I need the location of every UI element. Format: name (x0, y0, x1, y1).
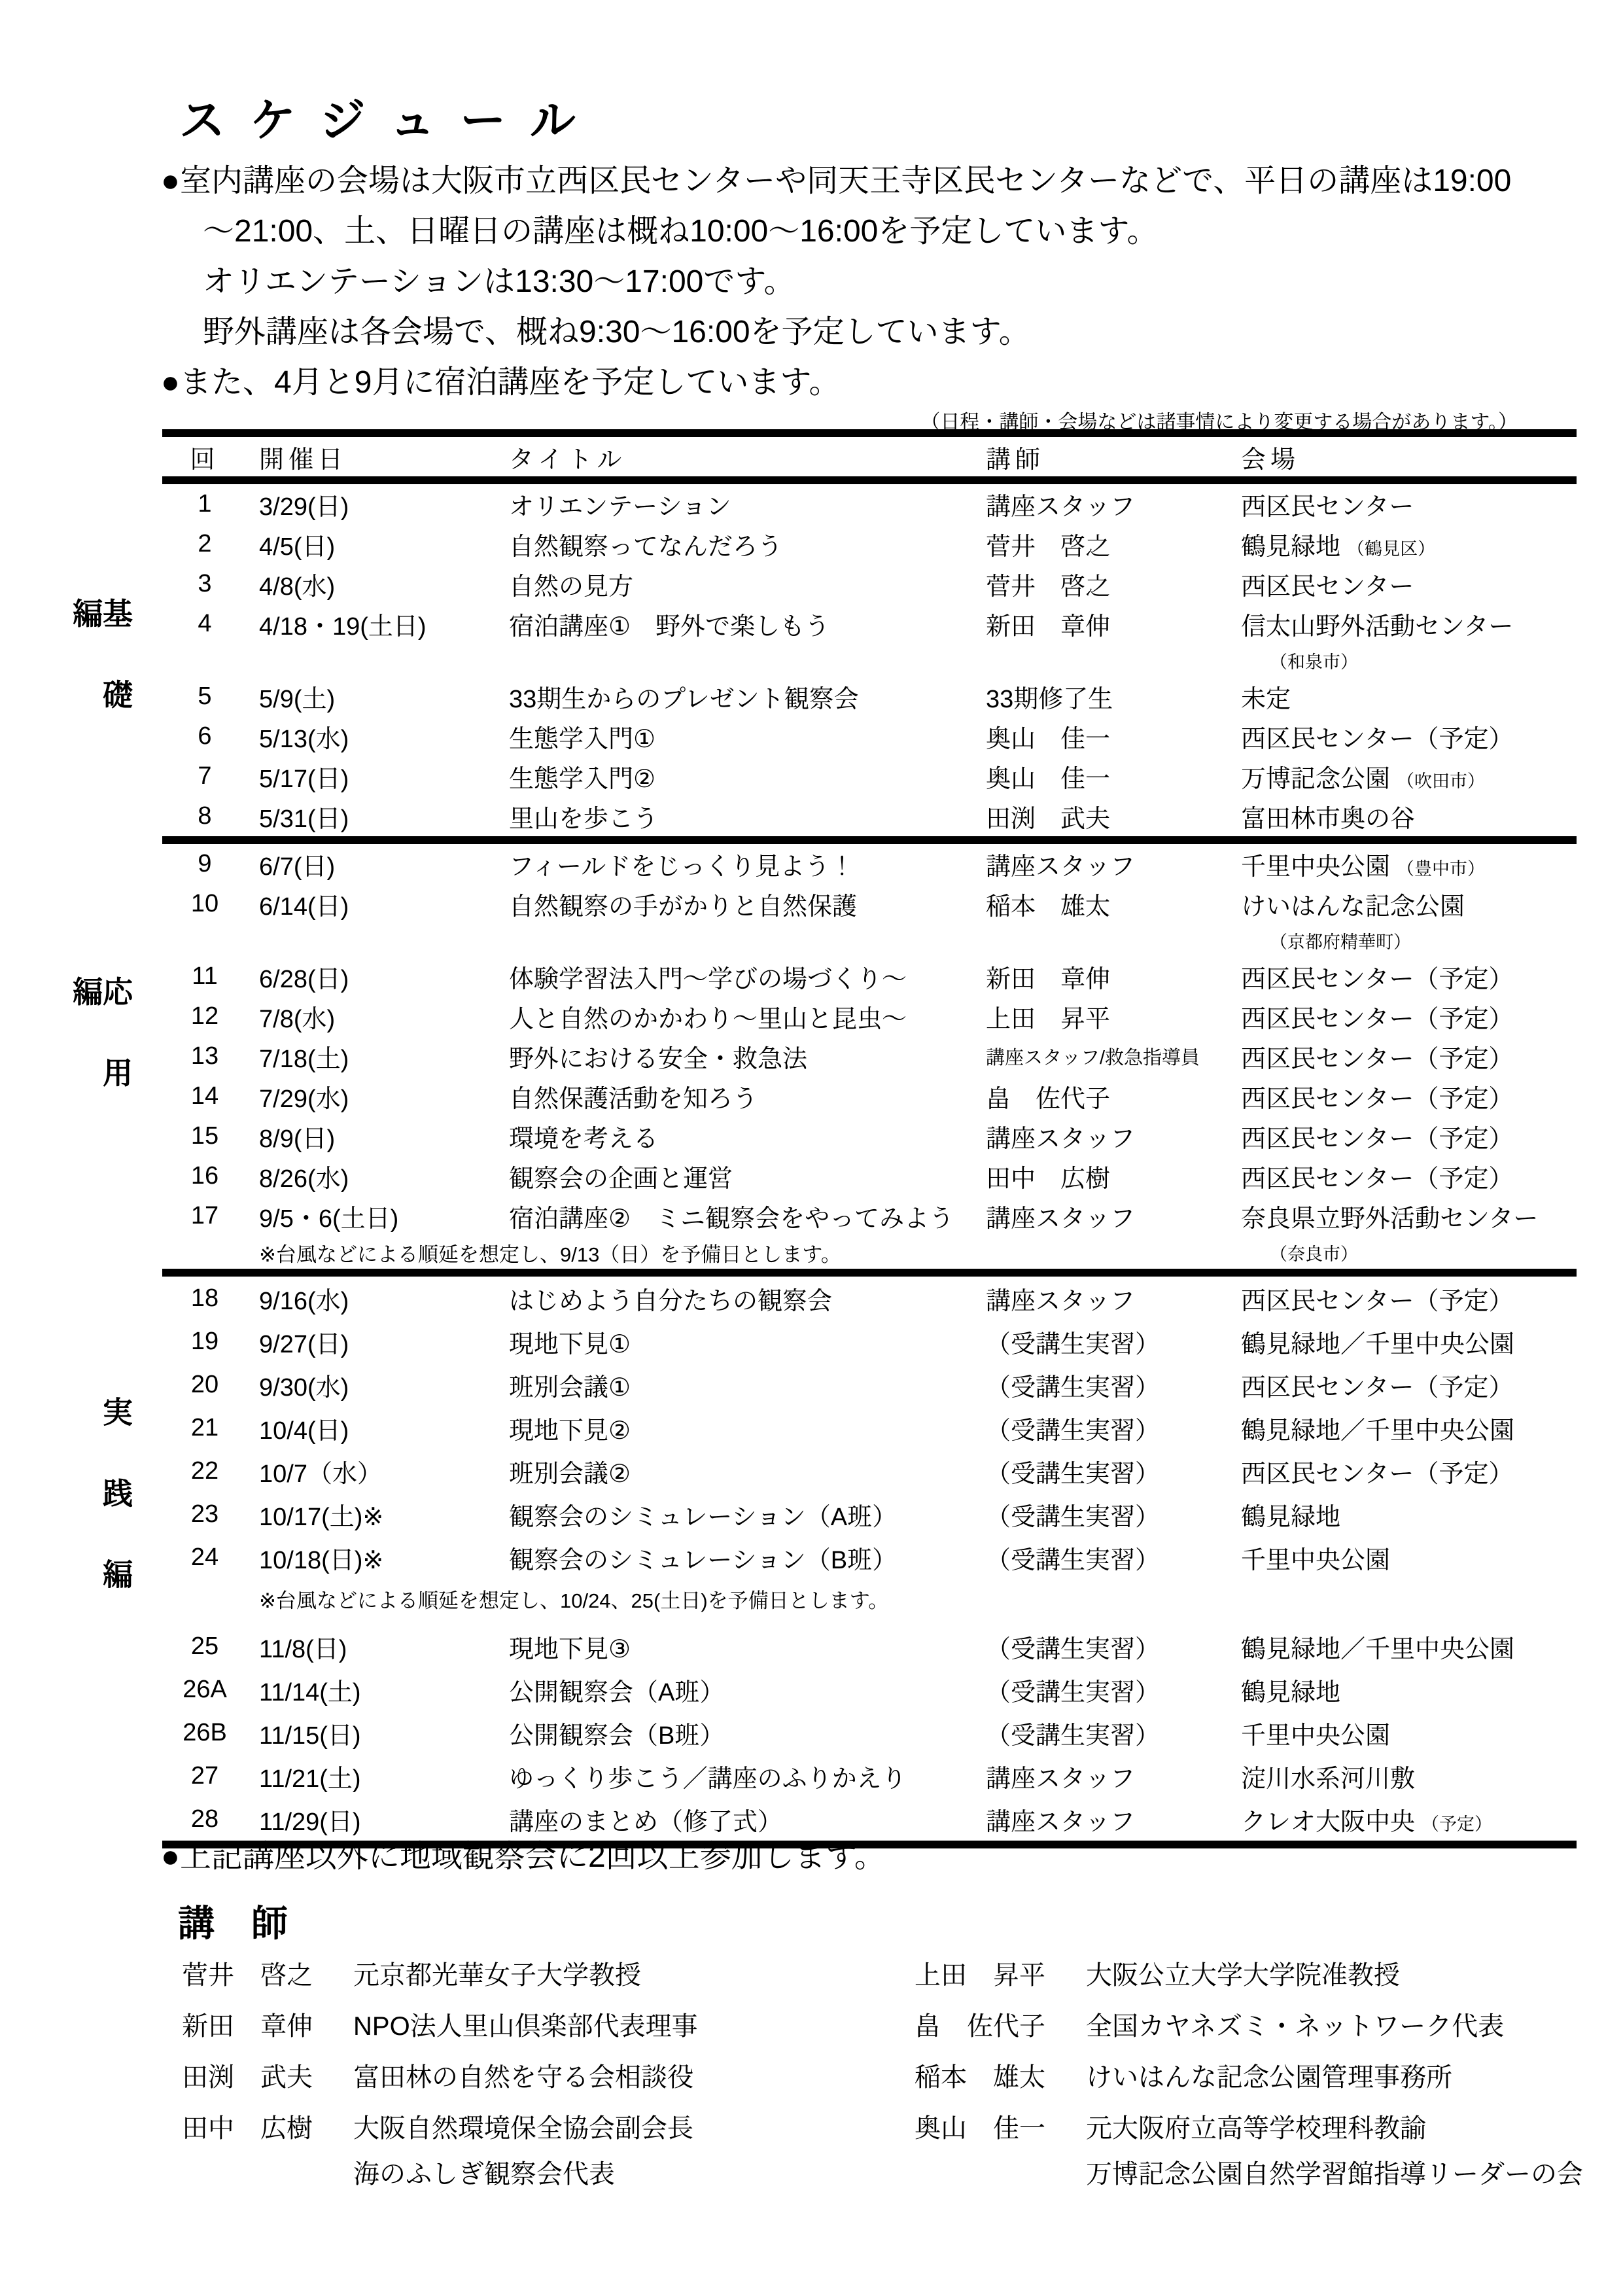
instructor-text: （受講生実習） (986, 1460, 1160, 1488)
instructor-name: 菅井 啓之 (182, 1958, 353, 1993)
cell-date: 10/18(日)※ (247, 1540, 509, 1576)
venue-text: 千里中央公園 (1241, 1722, 1390, 1750)
table-row: 5 5/9(土) 33期生からのプレゼント観察会 33期修了生 未定 (162, 677, 1577, 716)
cell-venue: 西区民センター（予定） (1241, 1158, 1577, 1194)
cell-title: 33期生からのプレゼント観察会 (509, 679, 986, 715)
cell-session-number: 7 (162, 762, 247, 790)
instructor-text: 講座スタッフ (986, 1288, 1135, 1315)
table-row: 7 5/17(日) 生態学入門② 奥山 佳一 万博記念公園（吹田市） (162, 756, 1577, 796)
instructor-affiliation-line1: 元京都光華女子大学教授 (353, 1958, 895, 1993)
instructor-affiliation-line1: けいはんな記念公園管理事務所 (1086, 2060, 1623, 2095)
venue-text: 西区民センター（予定） (1241, 1046, 1513, 1073)
cell-date: 3/29(日) (247, 486, 509, 522)
cell-instructor: 講座スタッフ (986, 1801, 1241, 1837)
cell-title: 体験学習法入門～学びの場づくり～ (509, 959, 986, 995)
cell-instructor: （受講生実習） (986, 1453, 1241, 1489)
cell-date: 7/8(水) (247, 998, 509, 1034)
cell-venue: 富田林市奥の谷 (1241, 798, 1577, 834)
cell-venue: 鶴見緑地／千里中央公園 (1241, 1410, 1577, 1446)
section-rows: 1 3/29(日) オリエンテーション 講座スタッフ 西区民センター 2 4/5… (162, 484, 1577, 836)
instructor-text: （受講生実習） (986, 1504, 1160, 1531)
instructor-text: （受講生実習） (986, 1417, 1160, 1445)
venue-text: 西区民センター（予定） (1241, 1288, 1513, 1315)
cell-instructor: 上田 昇平 (986, 998, 1241, 1034)
cell-instructor: 講座スタッフ (986, 1118, 1241, 1154)
cell-session-number: 10 (162, 890, 247, 918)
cell-date: 10/7（水） (247, 1453, 509, 1489)
cell-date: 10/17(土)※ (247, 1496, 509, 1532)
instructor-text: 田渕 武夫 (986, 805, 1110, 833)
cell-title: 宿泊講座② ミニ観察会をやってみよう (509, 1198, 986, 1234)
cell-title: フィールドをじっくり見よう！ (509, 846, 986, 882)
cell-venue: 西区民センター（予定） (1241, 718, 1577, 754)
instructor-affiliation: NPO法人里山倶楽部代表理事 (353, 2009, 895, 2044)
instructor-name: 新田 章伸 (182, 2009, 353, 2044)
venue-text: 西区民センター (1241, 493, 1414, 521)
venue-area-note: （豊中市） (1397, 859, 1485, 879)
venue-text: 西区民センター（予定） (1241, 1460, 1513, 1488)
table-row: 14 7/29(水) 自然保護活動を知ろう 畠 佐代子 西区民センター（予定） (162, 1076, 1577, 1116)
cell-session-number: 19 (162, 1328, 247, 1356)
table-subrow: （京都府精華町） (162, 924, 1577, 957)
venue-text: 万博記念公園 (1241, 766, 1390, 793)
instructor-text: （受講生実習） (986, 1374, 1160, 1402)
cell-session-number: 27 (162, 1762, 247, 1790)
table-row: 16 8/26(水) 観察会の企画と運営 田中 広樹 西区民センター（予定） (162, 1156, 1577, 1196)
cell-title: 班別会議② (509, 1453, 986, 1489)
instructor-name: 奥山 佳一 (915, 2111, 1086, 2146)
cell-session-number: 21 (162, 1414, 247, 1442)
instructor-name: 上田 昇平 (915, 1958, 1086, 1993)
venue-text: 富田林市奥の谷 (1241, 805, 1415, 833)
cell-session-number: 13 (162, 1042, 247, 1070)
venue-text: クレオ大阪中央 (1241, 1809, 1415, 1836)
cell-session-number: 25 (162, 1633, 247, 1661)
cell-session-number: 16 (162, 1162, 247, 1190)
venue-area-note: （吹田市） (1397, 771, 1485, 791)
table-subrow: ※台風などによる順延を想定し、9/13（日）を予備日とします。 （奈良市） (162, 1236, 1577, 1269)
instructor-affiliation: 元大阪府立高等学校理科教諭 万博記念公園自然学習館指導リーダーの会 (1086, 2111, 1623, 2192)
venue-text: 西区民センター（予定） (1241, 1086, 1513, 1113)
cell-title: 観察会の企画と運営 (509, 1158, 986, 1194)
cell-title: はじめよう自分たちの観察会 (509, 1280, 986, 1316)
section-rows: 18 9/16(水) はじめよう自分たちの観察会 講座スタッフ 西区民センター（… (162, 1277, 1577, 1841)
cell-date: 4/18・19(土日) (247, 606, 509, 642)
cell-title: 野外における安全・救急法 (509, 1038, 986, 1074)
section-label: 基礎編 (99, 598, 131, 774)
venue-text: 西区民センター（予定） (1241, 966, 1513, 993)
cell-instructor: （受講生実習） (986, 1496, 1241, 1532)
cell-date: 4/5(日) (247, 526, 509, 562)
table-row: 3 4/8(水) 自然の見方 菅井 啓之 西区民センター (162, 564, 1577, 604)
venue-area-note: （予定） (1422, 1814, 1492, 1834)
cell-session-number: 2 (162, 530, 247, 558)
cell-instructor: 稲本 雄太 (986, 886, 1241, 922)
cell-date: 10/4(日) (247, 1410, 509, 1446)
intro-bullet-1-line-3: オリエンテーションは13:30～17:00です。 (161, 256, 1511, 307)
cell-title: 自然の見方 (509, 566, 986, 602)
cell-venue: 西区民センター（予定） (1241, 1367, 1577, 1403)
instructor-text: （受講生実習） (986, 1331, 1160, 1358)
instructors-right-column: 上田 昇平 大阪公立大学大学院准教授 畠 佐代子 全国カヤネズミ・ネットワーク代… (915, 1958, 1623, 2208)
cell-date: 6/14(日) (247, 886, 509, 922)
table-row: 19 9/27(日) 現地下見① （受講生実習） 鶴見緑地／千里中央公園 (162, 1320, 1577, 1363)
instructor-name: 田中 広樹 (182, 2111, 353, 2146)
instructor-text: 稲本 雄太 (986, 893, 1110, 921)
cell-venue: 鶴見緑地／千里中央公園 (1241, 1324, 1577, 1360)
table-row: 18 9/16(水) はじめよう自分たちの観察会 講座スタッフ 西区民センター（… (162, 1277, 1577, 1320)
venue-text: 鶴見緑地 (1241, 1504, 1340, 1531)
table-row: 13 7/18(土) 野外における安全・救急法 講座スタッフ/救急指導員 西区民… (162, 1036, 1577, 1076)
intro-bullet-1-line-1: ●室内講座の会場は大阪市立西区民センターや同天王寺区民センターなどで、平日の講座… (161, 156, 1511, 206)
intro-bullet-1-line-4: 野外講座は各会場で、概ね9:30～16:00を予定しています。 (161, 307, 1511, 357)
cell-venue: 千里中央公園 (1241, 1715, 1577, 1751)
table-subrow: （和泉市） (162, 644, 1577, 677)
header-cell-title: タイトル (509, 439, 986, 475)
cell-title: 環境を考える (509, 1118, 986, 1154)
cell-date: 11/14(土) (247, 1672, 509, 1708)
venue-text: 鶴見緑地／千里中央公園 (1241, 1636, 1514, 1663)
instructor-text: 菅井 啓之 (986, 573, 1110, 601)
cell-venue: 未定 (1241, 679, 1577, 715)
cell-session-number: 26A (162, 1676, 247, 1704)
table-body: 基礎編 1 3/29(日) オリエンテーション 講座スタッフ 西区民センター 2… (162, 484, 1577, 1841)
cell-venue: 西区民センター (1241, 486, 1577, 522)
instructor-text: 講座スタッフ (986, 1765, 1135, 1793)
cell-instructor: （受講生実習） (986, 1324, 1241, 1360)
instructor-text: （受講生実習） (986, 1679, 1160, 1706)
cell-instructor: 講座スタッフ (986, 846, 1241, 882)
table-row: 26A 11/14(土) 公開観察会（A班） （受講生実習） 鶴見緑地 (162, 1668, 1577, 1711)
venue-text: 信太山野外活動センター (1241, 613, 1513, 641)
venue-text: 西区民センター（予定） (1241, 726, 1513, 753)
instructor-affiliation-line1: 大阪自然環境保全協会副会長 (353, 2111, 895, 2146)
cell-venue: 鶴見緑地／千里中央公園 (1241, 1629, 1577, 1665)
venue-city-note: （奈良市） (1241, 1240, 1577, 1265)
cell-session-number: 12 (162, 1002, 247, 1031)
instructor-text: 講座スタッフ (986, 1125, 1135, 1153)
cell-session-number: 24 (162, 1544, 247, 1572)
header-cell-instructor: 講師 (986, 439, 1241, 475)
cell-date: 7/18(土) (247, 1038, 509, 1074)
instructor-text: （受講生実習） (986, 1547, 1160, 1574)
instructor-affiliation-line2: 海のふしぎ観察会代表 (353, 2157, 895, 2192)
table-row: 15 8/9(日) 環境を考える 講座スタッフ 西区民センター（予定） (162, 1116, 1577, 1156)
instructor-row: 新田 章伸 NPO法人里山倶楽部代表理事 (182, 2009, 895, 2044)
instructors-title: 講 師 (178, 1895, 288, 1947)
cell-venue: 淀川水系河川敷 (1241, 1758, 1577, 1794)
cell-session-number: 18 (162, 1284, 247, 1313)
venue-city-note: （京都府精華町） (1241, 928, 1577, 953)
instructor-row: 田渕 武夫 富田林の自然を守る会相談役 (182, 2060, 895, 2095)
cell-instructor: 奥山 佳一 (986, 758, 1241, 794)
cell-instructor: （受講生実習） (986, 1715, 1241, 1751)
instructor-text: 講座スタッフ (986, 853, 1135, 881)
cell-instructor: 菅井 啓之 (986, 566, 1241, 602)
cell-title: 観察会のシミュレーション（A班） (509, 1496, 986, 1532)
section-label: 応用編 (99, 976, 131, 1188)
table-row: 21 10/4(日) 現地下見② （受講生実習） 鶴見緑地／千里中央公園 (162, 1406, 1577, 1449)
cell-date: 8/9(日) (247, 1118, 509, 1154)
venue-text: 奈良県立野外活動センター (1241, 1205, 1538, 1233)
instructor-text: 田中 広樹 (986, 1165, 1110, 1193)
cell-instructor: 講座スタッフ (986, 486, 1241, 522)
cell-title: 現地下見③ (509, 1629, 986, 1665)
cell-date: 9/27(日) (247, 1324, 509, 1360)
cell-venue: 西区民センター（予定） (1241, 1118, 1577, 1154)
instructor-affiliation: 富田林の自然を守る会相談役 (353, 2060, 895, 2095)
cell-title: 里山を歩こう (509, 798, 986, 834)
cell-venue: 万博記念公園（吹田市） (1241, 758, 1577, 794)
venue-text: 未定 (1241, 686, 1291, 713)
instructor-row: 畠 佐代子 全国カヤネズミ・ネットワーク代表 (915, 2009, 1623, 2044)
venue-text: 鶴見緑地 (1241, 1679, 1340, 1706)
intro-bullet-2: ●また、4月と9月に宿泊講座を予定しています。 (161, 357, 1511, 408)
cell-title: 自然観察の手がかりと自然保護 (509, 886, 986, 922)
cell-instructor: （受講生実習） (986, 1540, 1241, 1576)
table-row: 6 5/13(水) 生態学入門① 奥山 佳一 西区民センター（予定） (162, 716, 1577, 756)
venue-text: 鶴見緑地／千里中央公園 (1241, 1417, 1514, 1445)
cell-instructor: 畠 佐代子 (986, 1078, 1241, 1114)
cell-session-number: 3 (162, 570, 247, 598)
section-rows: 9 6/7(日) フィールドをじっくり見よう！ 講座スタッフ 千里中央公園（豊中… (162, 844, 1577, 1269)
cell-session-number: 4 (162, 610, 247, 638)
venue-text: 西区民センター（予定） (1241, 1165, 1513, 1193)
table-row: 17 9/5・6(土日) 宿泊講座② ミニ観察会をやってみよう 講座スタッフ 奈… (162, 1196, 1577, 1236)
venue-text: 千里中央公園 (1241, 853, 1390, 881)
schedule-table: 回 開催日 タイトル 講師 会場 基礎編 1 3/29(日) オリエンテーション… (162, 429, 1577, 1848)
cell-session-number: 9 (162, 850, 247, 878)
cell-date: 11/15(日) (247, 1715, 509, 1751)
table-row: 4 4/18・19(土日) 宿泊講座① 野外で楽しもう 新田 章伸 信太山野外活… (162, 604, 1577, 644)
table-header-row: 回 開催日 タイトル 講師 会場 (162, 437, 1577, 484)
instructor-text: 33期修了生 (986, 686, 1113, 713)
cell-title: 宿泊講座① 野外で楽しもう (509, 606, 986, 642)
cell-instructor: 田渕 武夫 (986, 798, 1241, 834)
instructor-text: 講座スタッフ/救急指導員 (986, 1048, 1200, 1069)
instructor-name: 田渕 武夫 (182, 2060, 353, 2095)
instructor-text: 奥山 佳一 (986, 766, 1110, 793)
instructor-name: 稲本 雄太 (915, 2060, 1086, 2095)
cell-title: オリエンテーション (509, 486, 986, 522)
cell-venue: 西区民センター (1241, 566, 1577, 602)
cell-venue: クレオ大阪中央（予定） (1241, 1801, 1577, 1837)
cell-session-number: 8 (162, 802, 247, 830)
instructor-text: 講座スタッフ (986, 493, 1135, 521)
header-cell-date: 開催日 (247, 439, 509, 475)
instructor-text: 畠 佐代子 (986, 1086, 1110, 1113)
cell-venue: 西区民センター（予定） (1241, 1078, 1577, 1114)
cell-session-number: 5 (162, 682, 247, 711)
cell-title: 人と自然のかかわり～里山と昆虫～ (509, 998, 986, 1034)
intro-bullet-1-line-2: ～21:00、土、日曜日の講座は概ね10:00～16:00を予定しています。 (161, 206, 1511, 256)
cell-venue: 鶴見緑地 (1241, 1496, 1577, 1532)
cell-date: 5/17(日) (247, 758, 509, 794)
postponement-note: ※台風などによる順延を想定し、10/24、25(土日)を予備日とします。 (247, 1584, 1241, 1614)
header-cell-venue: 会場 (1241, 439, 1577, 475)
header-cell-session-no: 回 (162, 439, 247, 475)
cell-date: 6/7(日) (247, 846, 509, 882)
instructor-affiliation: 元京都光華女子大学教授 (353, 1958, 895, 1993)
cell-instructor: （受講生実習） (986, 1629, 1241, 1665)
instructors-left-column: 菅井 啓之 元京都光華女子大学教授 新田 章伸 NPO法人里山倶楽部代表理事 田… (182, 1958, 895, 2208)
cell-venue: 西区民センター（予定） (1241, 1038, 1577, 1074)
cell-session-number: 15 (162, 1122, 247, 1150)
instructor-text: 講座スタッフ (986, 1809, 1135, 1836)
instructor-text: 新田 章伸 (986, 613, 1110, 641)
cell-session-number: 23 (162, 1500, 247, 1528)
venue-text: 西区民センター (1241, 573, 1414, 601)
cell-title: 現地下見② (509, 1410, 986, 1446)
cell-title: 生態学入門① (509, 718, 986, 754)
cell-session-number: 11 (162, 963, 247, 991)
cell-date: 9/30(水) (247, 1367, 509, 1403)
venue-text: 千里中央公園 (1241, 1547, 1390, 1574)
footer-note: ●上記講座以外に地域観察会に2回以上参加します。 (161, 1831, 886, 1876)
table-row: 2 4/5(日) 自然観察ってなんだろう 菅井 啓之 鶴見緑地（鶴見区） (162, 524, 1577, 564)
instructor-text: 上田 昇平 (986, 1006, 1110, 1033)
cell-title: 観察会のシミュレーション（B班） (509, 1540, 986, 1576)
table-subrow: ※台風などによる順延を想定し、10/24、25(土日)を予備日とします。 (162, 1579, 1577, 1625)
cell-venue: 千里中央公園（豊中市） (1241, 846, 1577, 882)
section-label: 実践編 (99, 1396, 131, 1640)
cell-venue: 西区民センター（予定） (1241, 959, 1577, 995)
cell-session-number: 6 (162, 722, 247, 751)
cell-instructor: 菅井 啓之 (986, 526, 1241, 562)
instructor-row: 奥山 佳一 元大阪府立高等学校理科教諭 万博記念公園自然学習館指導リーダーの会 (915, 2111, 1623, 2192)
cell-date: 11/21(土) (247, 1758, 509, 1794)
table-row: 22 10/7（水） 班別会議② （受講生実習） 西区民センター（予定） (162, 1449, 1577, 1492)
cell-session-number: 28 (162, 1805, 247, 1833)
cell-session-number: 14 (162, 1082, 247, 1110)
table-row: 23 10/17(土)※ 観察会のシミュレーション（A班） （受講生実習） 鶴見… (162, 1492, 1577, 1536)
instructor-affiliation: 大阪自然環境保全協会副会長 海のふしぎ観察会代表 (353, 2111, 895, 2192)
cell-session-number: 26B (162, 1719, 247, 1747)
cell-date: 11/8(日) (247, 1629, 509, 1665)
cell-session-number: 22 (162, 1457, 247, 1485)
cell-date: 5/31(日) (247, 798, 509, 834)
table-row: 26B 11/15(日) 公開観察会（B班） （受講生実習） 千里中央公園 (162, 1711, 1577, 1754)
venue-area-note: （鶴見区） (1347, 539, 1435, 559)
cell-title: 自然保護活動を知ろう (509, 1078, 986, 1114)
table-section: 実践編 18 9/16(水) はじめよう自分たちの観察会 講座スタッフ 西区民セ… (162, 1277, 1577, 1841)
venue-text: 淀川水系河川敷 (1241, 1765, 1415, 1793)
cell-date: 6/28(日) (247, 959, 509, 995)
instructor-text: （受講生実習） (986, 1722, 1160, 1750)
cell-instructor: 講座スタッフ (986, 1198, 1241, 1234)
instructor-text: 菅井 啓之 (986, 533, 1110, 561)
page-title: スケジュール (179, 84, 601, 150)
instructor-text: 新田 章伸 (986, 966, 1110, 993)
instructor-name: 畠 佐代子 (915, 2009, 1086, 2044)
cell-venue: 西区民センター（予定） (1241, 1280, 1577, 1316)
table-row: 24 10/18(日)※ 観察会のシミュレーション（B班） （受講生実習） 千里… (162, 1536, 1577, 1579)
venue-text: けいはんな記念公園 (1241, 893, 1465, 921)
cell-date: 7/29(水) (247, 1078, 509, 1114)
cell-instructor: 講座スタッフ (986, 1758, 1241, 1794)
instructor-affiliation-line1: 全国カヤネズミ・ネットワーク代表 (1086, 2009, 1623, 2044)
table-section: 基礎編 1 3/29(日) オリエンテーション 講座スタッフ 西区民センター 2… (162, 484, 1577, 844)
cell-venue: 西区民センター（予定） (1241, 998, 1577, 1034)
cell-title: 公開観察会（B班） (509, 1715, 986, 1751)
cell-title: 現地下見① (509, 1324, 986, 1360)
postponement-note: ※台風などによる順延を想定し、9/13（日）を予備日とします。 (247, 1238, 1241, 1267)
venue-text: 鶴見緑地／千里中央公園 (1241, 1331, 1514, 1358)
cell-instructor: 田中 広樹 (986, 1158, 1241, 1194)
instructor-affiliation-line1: 元大阪府立高等学校理科教諭 (1086, 2111, 1623, 2146)
table-row: 1 3/29(日) オリエンテーション 講座スタッフ 西区民センター (162, 484, 1577, 524)
instructor-affiliation: 大阪公立大学大学院准教授 (1086, 1958, 1623, 1993)
cell-title: ゆっくり歩こう／講座のふりかえり (509, 1758, 986, 1794)
table-row: 27 11/21(土) ゆっくり歩こう／講座のふりかえり 講座スタッフ 淀川水系… (162, 1754, 1577, 1797)
instructor-row: 稲本 雄太 けいはんな記念公園管理事務所 (915, 2060, 1623, 2095)
table-row: 12 7/8(水) 人と自然のかかわり～里山と昆虫～ 上田 昇平 西区民センター… (162, 997, 1577, 1036)
cell-title: 生態学入門② (509, 758, 986, 794)
venue-city-note: （和泉市） (1241, 648, 1577, 673)
instructor-affiliation-line1: 富田林の自然を守る会相談役 (353, 2060, 895, 2095)
cell-date: 5/13(水) (247, 718, 509, 754)
instructor-text: 奥山 佳一 (986, 726, 1110, 753)
venue-text: 西区民センター（予定） (1241, 1374, 1513, 1402)
instructor-row: 菅井 啓之 元京都光華女子大学教授 (182, 1958, 895, 1993)
instructor-text: 講座スタッフ (986, 1205, 1135, 1233)
table-row: 25 11/8(日) 現地下見③ （受講生実習） 鶴見緑地／千里中央公園 (162, 1625, 1577, 1668)
table-section: 応用編 9 6/7(日) フィールドをじっくり見よう！ 講座スタッフ 千里中央公… (162, 844, 1577, 1277)
cell-venue: けいはんな記念公園 (1241, 886, 1577, 922)
cell-title: 班別会議① (509, 1367, 986, 1403)
cell-venue: 鶴見緑地（鶴見区） (1241, 526, 1577, 562)
cell-venue: 鶴見緑地 (1241, 1672, 1577, 1708)
table-row: 9 6/7(日) フィールドをじっくり見よう！ 講座スタッフ 千里中央公園（豊中… (162, 844, 1577, 884)
cell-venue: 西区民センター（予定） (1241, 1453, 1577, 1489)
cell-date: 5/9(土) (247, 679, 509, 715)
cell-session-number: 17 (162, 1202, 247, 1230)
instructor-row: 田中 広樹 大阪自然環境保全協会副会長 海のふしぎ観察会代表 (182, 2111, 895, 2192)
cell-instructor: 33期修了生 (986, 679, 1241, 715)
cell-date: 8/26(水) (247, 1158, 509, 1194)
cell-instructor: （受講生実習） (986, 1367, 1241, 1403)
cell-session-number: 1 (162, 490, 247, 518)
instructor-affiliation-line1: NPO法人里山倶楽部代表理事 (353, 2009, 895, 2044)
venue-text: 西区民センター（予定） (1241, 1006, 1513, 1033)
cell-venue: 千里中央公園 (1241, 1540, 1577, 1576)
cell-date: 9/5・6(土日) (247, 1198, 509, 1234)
instructor-row: 上田 昇平 大阪公立大学大学院准教授 (915, 1958, 1623, 1993)
cell-date: 9/16(水) (247, 1280, 509, 1316)
schedule-document-page: スケジュール ●室内講座の会場は大阪市立西区民センターや同天王寺区民センターなど… (0, 0, 1623, 2296)
cell-date: 4/8(水) (247, 566, 509, 602)
instructor-affiliation: けいはんな記念公園管理事務所 (1086, 2060, 1623, 2095)
instructor-text: （受講生実習） (986, 1636, 1160, 1663)
table-row: 10 6/14(日) 自然観察の手がかりと自然保護 稲本 雄太 けいはんな記念公… (162, 884, 1577, 924)
cell-title: 自然観察ってなんだろう (509, 526, 986, 562)
cell-instructor: 講座スタッフ (986, 1280, 1241, 1316)
cell-instructor: 新田 章伸 (986, 959, 1241, 995)
cell-instructor: 奥山 佳一 (986, 718, 1241, 754)
instructor-affiliation: 全国カヤネズミ・ネットワーク代表 (1086, 2009, 1623, 2044)
cell-venue: 奈良県立野外活動センター (1241, 1198, 1577, 1234)
cell-instructor: （受講生実習） (986, 1672, 1241, 1708)
venue-text: 鶴見緑地 (1241, 533, 1340, 561)
cell-session-number: 20 (162, 1371, 247, 1399)
instructor-affiliation-line1: 大阪公立大学大学院准教授 (1086, 1958, 1623, 1993)
cell-instructor: 講座スタッフ/救急指導員 (986, 1043, 1241, 1070)
cell-instructor: 新田 章伸 (986, 606, 1241, 642)
table-row: 11 6/28(日) 体験学習法入門～学びの場づくり～ 新田 章伸 西区民センタ… (162, 957, 1577, 997)
instructor-affiliation-line2: 万博記念公園自然学習館指導リーダーの会 (1086, 2157, 1623, 2192)
table-row: 8 5/31(日) 里山を歩こう 田渕 武夫 富田林市奥の谷 (162, 796, 1577, 836)
intro-notes: ●室内講座の会場は大阪市立西区民センターや同天王寺区民センターなどで、平日の講座… (161, 156, 1511, 408)
